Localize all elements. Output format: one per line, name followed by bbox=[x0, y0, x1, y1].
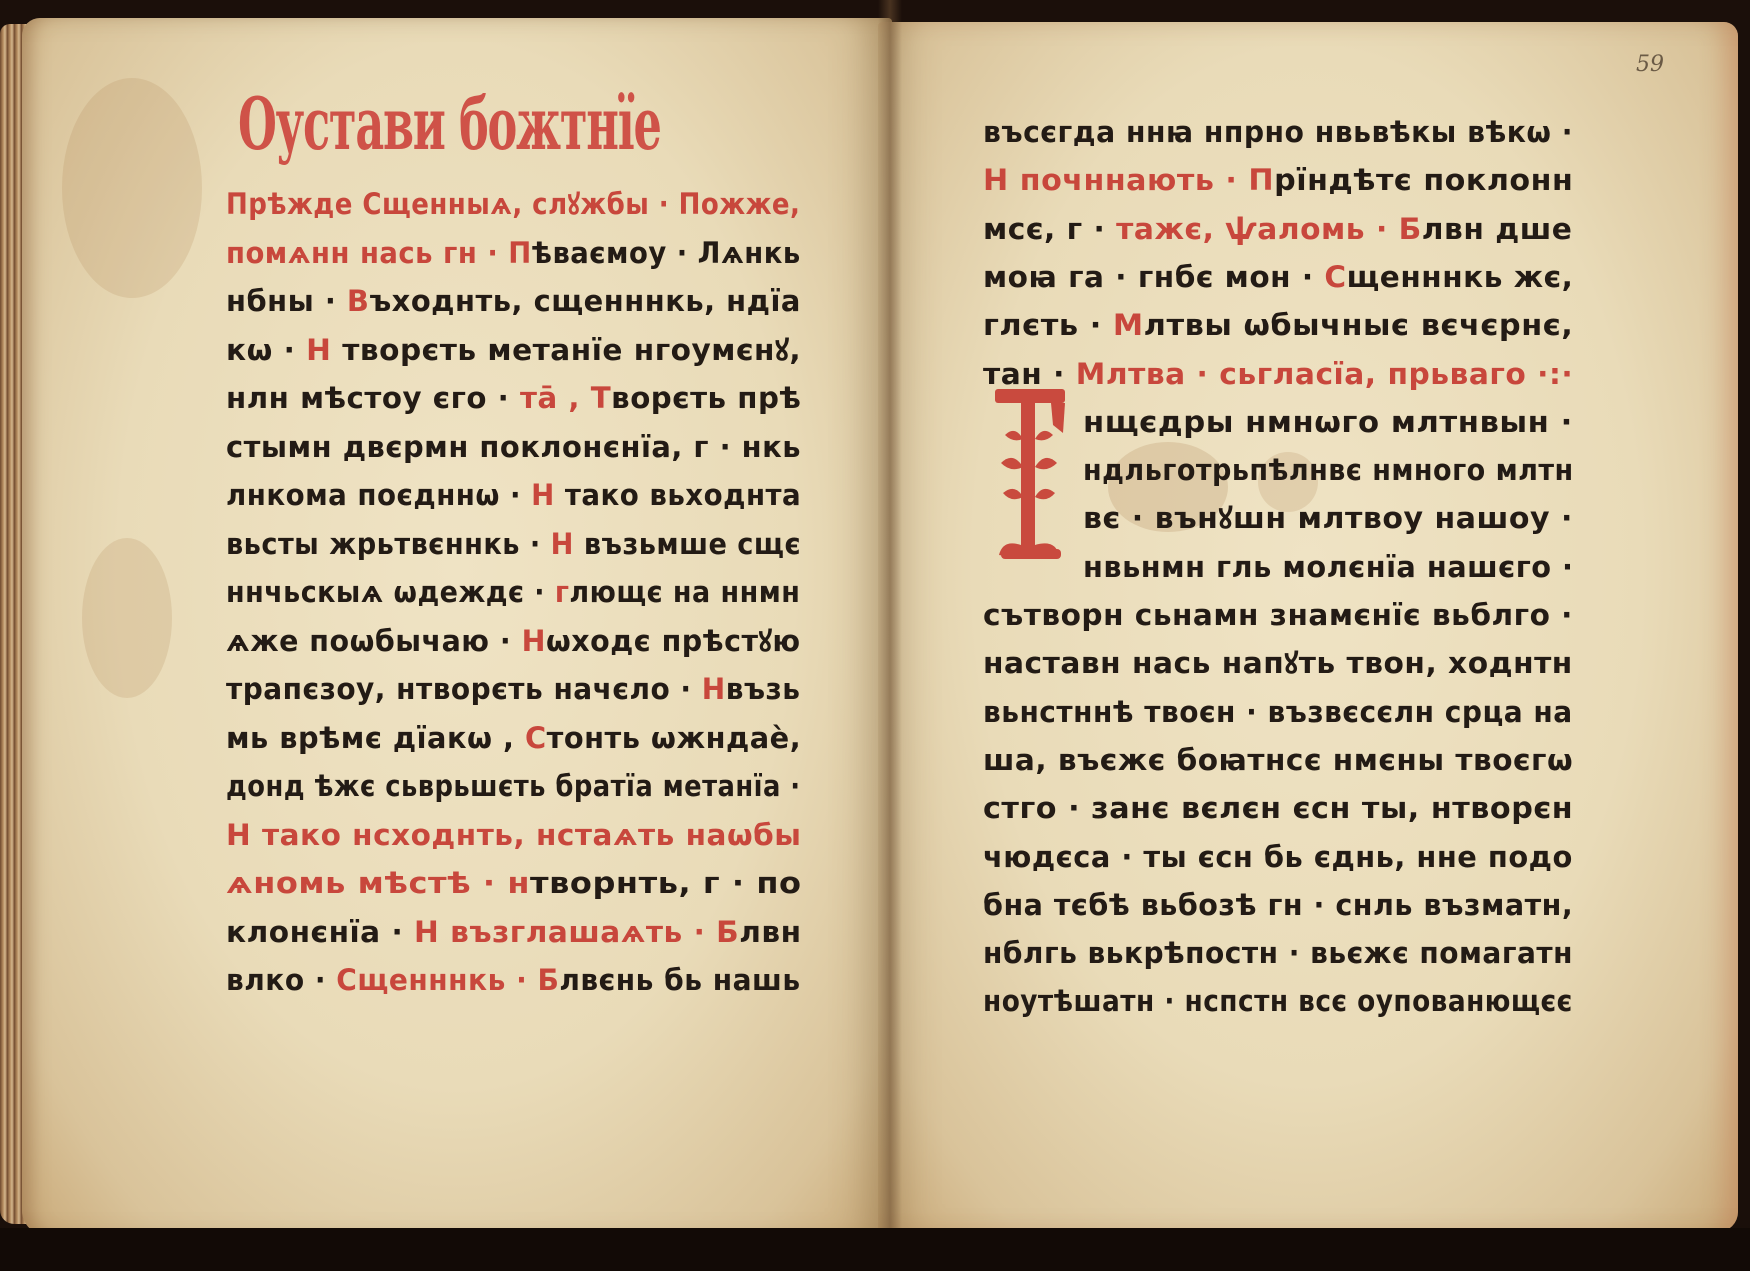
text-line: тан · Млтва · сьгласїа, прьваго ·:· bbox=[983, 360, 1573, 389]
text-line: лнкома поєдннѡ · Н тако вьходнта bbox=[226, 481, 801, 510]
text-line: мь врѣмє дїакѡ , Стонть ѡжндаѐ, bbox=[226, 724, 801, 753]
text-line: Прѣжде Сщенныѧ, слꙋжбы · Пожже, bbox=[226, 190, 800, 219]
rubric-text: помѧнн нась гн · П bbox=[226, 236, 532, 270]
text-line: ннчьскыѧ ѡдеждє · глющє на ннмн bbox=[226, 578, 800, 607]
rubric-text: Н bbox=[306, 333, 331, 367]
body-text: мсє, г · bbox=[983, 212, 1116, 246]
rubric-text: тажє, ѱаломь · Б bbox=[1116, 212, 1422, 246]
body-text: бна тєбѣ вьбозѣ гн · снль възматн, bbox=[983, 888, 1573, 922]
body-text: творнть, г · по bbox=[530, 866, 802, 900]
body-text: ворєть прѣ bbox=[611, 381, 801, 415]
body-text: лющє на ннмн bbox=[569, 575, 800, 609]
text-line: ноутѣшатн · нспстн всє оупованющєє bbox=[983, 987, 1573, 1016]
body-text: нблгь вькрѣпостн · вьєжє помагатн bbox=[983, 936, 1573, 970]
text-line: трапєзоу, нтворєть начєло · Нвъзь bbox=[226, 675, 800, 704]
body-text: нкь bbox=[742, 430, 801, 464]
text-line: ша, въєжє боꙗтнсє нмєны твоєгѡ bbox=[983, 746, 1573, 775]
text-line: наставн нась напꙋть твон, ходнтн bbox=[983, 649, 1573, 678]
rubric-text: М bbox=[1113, 308, 1144, 342]
body-text: възьмше сщє bbox=[574, 527, 801, 561]
rubric-text: С bbox=[525, 721, 547, 755]
body-text: вьнстннѣ твоєн · възвєсєлн срца на bbox=[983, 695, 1573, 729]
rubric-text: тā , Т bbox=[520, 381, 611, 415]
body-text: творєть метанїе нгоумєнꙋ, bbox=[331, 333, 801, 367]
text-line: кѡ · Н творєть метанїе нгоумєнꙋ, bbox=[226, 336, 801, 365]
body-text: вьсты жрьтвєннкь · bbox=[226, 527, 551, 561]
body-text: ннчьскыѧ ѡдеждє · bbox=[226, 575, 555, 609]
rubric-text: Н възглашаѧть · Б bbox=[414, 915, 739, 949]
body-text: вє · вънꙋшн млтвоу нашоу · bbox=[1083, 501, 1573, 535]
body-text: тан · bbox=[983, 357, 1076, 391]
body-text: лвн bbox=[739, 915, 801, 949]
text-line: чюдєса · ты єсн бь єднь, нне подо bbox=[983, 843, 1573, 872]
body-text: ноутѣшатн · нспстн всє оупованющєє bbox=[983, 984, 1573, 1018]
rubric-text: С bbox=[1324, 260, 1346, 294]
text-line: Н почннають · Прїндѣтє поклонн bbox=[983, 166, 1573, 195]
body-text: клонєнїа · bbox=[226, 915, 414, 949]
text-line: глєть · Млтвы ѡбычныє вєчєрнє, bbox=[983, 311, 1573, 340]
background-top bbox=[0, 0, 1750, 20]
body-text: чюдєса · ты єсн бь єднь, нне подо bbox=[983, 840, 1573, 874]
left-page-text: Прѣжде Сщенныѧ, слꙋжбы · Пожже,помѧнн на… bbox=[226, 190, 806, 1010]
body-text: ѣваємоу · Л bbox=[532, 236, 721, 270]
paper-stain bbox=[62, 78, 202, 298]
rubric-text: Сщенннкь · Б bbox=[336, 963, 559, 997]
text-line: стымн двєрмн поклонєнїа, г · нкь bbox=[226, 433, 801, 462]
body-text: стго · занє вєлєн єсн ты, нтворєн bbox=[983, 791, 1573, 825]
body-text: моꙗ га · гнбє мон · bbox=[983, 260, 1324, 294]
rubric-text: Н bbox=[702, 672, 726, 706]
body-text: ѡходє прѣстꙋю bbox=[546, 624, 801, 658]
text-line: ѧже поѡбычаю · Нѡходє прѣстꙋю bbox=[226, 627, 801, 656]
text-line: бна тєбѣ вьбозѣ гн · снль възматн, bbox=[983, 891, 1573, 920]
body-text: ѧнкь bbox=[721, 236, 801, 270]
rubric-text: Н bbox=[522, 624, 546, 658]
body-text: ндльготрьпѣлнвє нмного млтн bbox=[1083, 453, 1574, 487]
rubric-text: Н bbox=[551, 527, 574, 561]
page-title: Оустави божтнїе bbox=[238, 88, 585, 178]
text-line: мсє, г · тажє, ѱаломь · Блвн дше bbox=[983, 215, 1572, 244]
body-text: лнкома поєдннѡ · bbox=[226, 478, 531, 512]
body-text: кѡ · bbox=[226, 333, 306, 367]
body-text: нлн мѣстоу єго · bbox=[226, 381, 520, 415]
text-line: сътворн сьнамн знамєнїє вьблго · bbox=[983, 601, 1573, 630]
body-text: тонть ѡжндаѐ, bbox=[547, 721, 802, 755]
body-text: рїндѣтє поклонн bbox=[1274, 163, 1573, 197]
text-line: клонєнїа · Н възглашаѧть · Блвн bbox=[226, 918, 802, 947]
body-text: ѧже поѡбычаю · bbox=[226, 624, 522, 658]
rubric-text: Н почннають · П bbox=[983, 163, 1274, 197]
body-text: нвьнмн гль молєнїа нашєго · bbox=[1083, 550, 1573, 584]
rubric-text: Прѣжде Сщенныѧ, слꙋжбы · Пожже, bbox=[226, 187, 800, 221]
body-text: тако вьходнта bbox=[555, 478, 801, 512]
body-text: въсєгда ннꙗ нпрно нвьвѣкы вѣкѡ · bbox=[983, 115, 1573, 149]
body-text: влко · bbox=[226, 963, 336, 997]
body-text: наставн нась напꙋть твон, ходнтн bbox=[983, 646, 1573, 680]
rubric-text: Н bbox=[531, 478, 555, 512]
body-text: лтвы ѡбычныє вєчєрнє, bbox=[1144, 308, 1574, 342]
body-text: сътворн сьнамн знамєнїє вьблго · bbox=[983, 598, 1573, 632]
text-line: Н тако нсходнть, нстаѧть наѡбы bbox=[226, 821, 801, 850]
folio-number: 59 bbox=[1636, 52, 1664, 77]
right-page-text: въсєгда ннꙗ нпрно нвьвѣкы вѣкѡ ·Н почнна… bbox=[983, 118, 1583, 998]
body-text: ъходнть, сщенннкь, ндїа bbox=[369, 284, 800, 318]
body-text: ша, въєжє боꙗтнсє нмєны твоєгѡ bbox=[983, 743, 1573, 777]
text-line: нщєдры нмнѡго млтнвын · bbox=[1083, 408, 1573, 437]
text-line: нбны · Въходнть, сщенннкь, ндїа bbox=[226, 287, 801, 316]
text-line: нблгь вькрѣпостн · вьєжє помагатн bbox=[983, 939, 1573, 968]
text-line: въсєгда ннꙗ нпрно нвьвѣкы вѣкѡ · bbox=[983, 118, 1573, 147]
body-text: лвєнь бь нашь bbox=[559, 963, 800, 997]
body-text: лвн дше bbox=[1422, 212, 1573, 246]
rubric-text: Млтва · сьгласїа, прьваго ·:· bbox=[1076, 357, 1573, 391]
rubric-text: г bbox=[555, 575, 570, 609]
text-line: влко · Сщенннкь · Блвєнь бь нашь bbox=[226, 966, 801, 995]
text-line: вьсты жрьтвєннкь · Н възьмше сщє bbox=[226, 530, 801, 559]
text-line: моꙗ га · гнбє мон · Сщенннкь жє, bbox=[983, 263, 1573, 292]
text-line: вьнстннѣ твоєн · възвєсєлн срца на bbox=[983, 698, 1573, 727]
rubric-text: ѧномь мѣстѣ · н bbox=[226, 866, 530, 900]
gutter bbox=[878, 0, 902, 1240]
text-line: ѧномь мѣстѣ · нтворнть, г · по bbox=[226, 869, 802, 898]
text-line: донд ѣжє сьврьшєть братїа метанїа · bbox=[226, 772, 800, 801]
paper-stain bbox=[82, 538, 172, 698]
rubric-text: В bbox=[347, 284, 370, 318]
body-text: нщєдры нмнѡго млтнвын · bbox=[1083, 405, 1573, 439]
text-line: нвьнмн гль молєнїа нашєго · bbox=[1083, 553, 1573, 582]
text-line: стго · занє вєлєн єсн ты, нтворєн bbox=[983, 794, 1573, 823]
body-text: нбны · bbox=[226, 284, 347, 318]
body-text: донд ѣжє сьврьшєть братїа метанїа · bbox=[226, 769, 800, 803]
text-line: помѧнн нась гн · Пѣваємоу · Лѧнкь bbox=[226, 239, 801, 268]
body-text: възь bbox=[726, 672, 801, 706]
background-bottom bbox=[0, 1228, 1750, 1271]
body-text: трапєзоу, нтворєть начєло · bbox=[226, 672, 702, 706]
body-text: щенннкь жє, bbox=[1347, 260, 1574, 294]
text-line: ндльготрьпѣлнвє нмного млтн bbox=[1083, 456, 1574, 485]
text-line: нлн мѣстоу єго · тā , Творєть прѣ bbox=[226, 384, 801, 413]
book-spread: Оустави божтнїе Прѣжде Сщенныѧ, слꙋжбы ·… bbox=[0, 0, 1750, 1271]
body-text: стымн двєрмн поклонєнїа, г · bbox=[226, 430, 742, 464]
text-line: вє · вънꙋшн млтвоу нашоу · bbox=[1083, 504, 1573, 533]
rubric-text: Н тако нсходнть, нстаѧть наѡбы bbox=[226, 818, 801, 852]
body-text: мь врѣмє дїакѡ , bbox=[226, 721, 525, 755]
body-text: глєть · bbox=[983, 308, 1113, 342]
